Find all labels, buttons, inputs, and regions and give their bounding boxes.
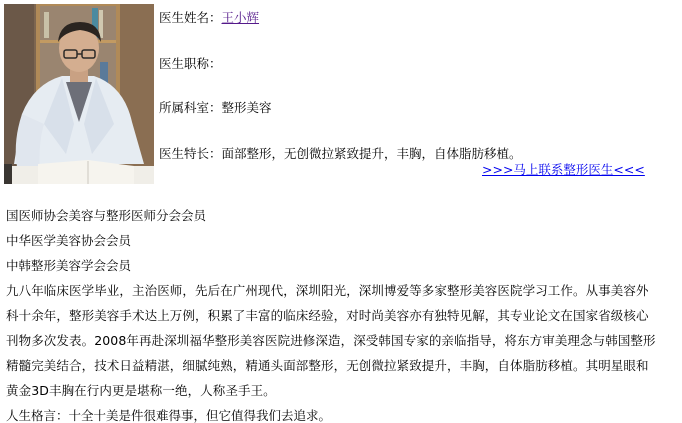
bio-line: 黄金3D丰胸在行内更是堪称一绝，人称圣手王。	[6, 378, 676, 403]
life-motto: 人生格言：十全十美是件很难得事，但它值得我们去追求。	[6, 403, 676, 423]
doctor-name-link[interactable]: 王小辉	[222, 10, 260, 25]
doctor-biography: 九八年临床医学毕业，主治医师，先后在广州现代，深圳阳光，深圳博爱等多家整形美容医…	[6, 278, 676, 403]
motto-label: 人生格言：	[6, 408, 69, 423]
doctor-name-row: 医生姓名：王小辉	[159, 10, 259, 26]
contact-doctor-link[interactable]: >>>马上联系整形医生<<<	[482, 162, 645, 178]
specialty-value: 面部整形，无创微拉紧致提升，丰胸，自体脂肪移植。	[222, 146, 522, 161]
department-row: 所属科室：整形美容	[159, 100, 272, 116]
doctor-profile-body: 国医师协会美容与整形医师分会会员 中华医学美容协会会员 中韩整形美容学会会员 九…	[6, 203, 676, 423]
department-label: 所属科室：	[159, 100, 222, 115]
doctor-photo	[4, 4, 154, 184]
doctor-profile-header: 医生姓名：王小辉 医生职称： 所属科室：整形美容 医生特长：面部整形，无创微拉紧…	[4, 4, 682, 189]
department-value: 整形美容	[222, 100, 272, 115]
specialty-label: 医生特长：	[159, 146, 222, 161]
doctor-title-row: 医生职称：	[159, 56, 222, 72]
membership-item: 中韩整形美容学会会员	[6, 253, 676, 278]
membership-item: 中华医学美容协会会员	[6, 228, 676, 253]
doctor-name-label: 医生姓名：	[159, 10, 222, 25]
bio-line: 科十余年，整形美容手术达上万例，积累了丰富的临床经验，对时尚美容亦有独特见解，其…	[6, 303, 676, 328]
bio-line: 刊物多次发表。2008年再赴深圳福华整形美容医院进修深造，深受韩国专家的亲临指导…	[6, 328, 676, 353]
doctor-title-label: 医生职称：	[159, 56, 222, 71]
bio-line: 九八年临床医学毕业，主治医师，先后在广州现代，深圳阳光，深圳博爱等多家整形美容医…	[6, 278, 676, 303]
doctor-portrait-image	[4, 4, 154, 184]
specialty-row: 医生特长：面部整形，无创微拉紧致提升，丰胸，自体脂肪移植。	[159, 146, 522, 162]
bio-line: 精髓完美结合，技术日益精湛，细腻纯熟，精通头面部整形，无创微拉紧致提升，丰胸，自…	[6, 353, 676, 378]
motto-text: 十全十美是件很难得事，但它值得我们去追求。	[69, 408, 332, 423]
membership-item: 国医师协会美容与整形医师分会会员	[6, 203, 676, 228]
